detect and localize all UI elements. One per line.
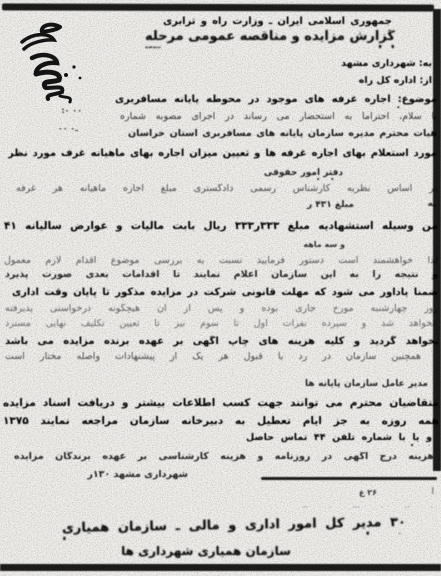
- text-line: و نتیجه را به این سازمان اعلام نمایند تا…: [5, 270, 438, 283]
- text-line: متقاضیان محترم می توانند جهت کسب اطلاعات…: [3, 397, 439, 411]
- text-line: دفتر امور حقوقی سازمان: [243, 168, 343, 180]
- text-line: از: اداره کل راه: [332, 76, 432, 89]
- text-line: جمهوری اسلامی ایران ـ وزارت راه و ترابری: [163, 16, 392, 30]
- text-line: و سه ماهه: [287, 240, 345, 251]
- scanned-letter: جمهوری اسلامی ایران ـ وزارت راه و ترابری…: [0, 0, 441, 576]
- text-line: نخواهد شد و سپرده نفرات اول تا سوم نیز ت…: [5, 319, 435, 332]
- text-line: همچنین سازمان در رد یا قبول هر یک از پیش…: [5, 352, 421, 365]
- text-line: گزارش مزایده و مناقصه عمومی مرحله اول ۴۳: [145, 30, 395, 48]
- text-line: ضمناً یادآور می شود که مهلت قانونی شرکت …: [12, 287, 438, 301]
- text-line: ـ٠ ٠٠: [20, 124, 78, 135]
- text-line: مدیر عامل سازمان پایانه ها: [305, 379, 428, 391]
- text-line: مبلغ ۴۳۱ ر: [282, 200, 354, 212]
- text-line: هیأت محترم مدیره سازمان پایانه های مسافر…: [128, 129, 437, 142]
- text-line: نخواهد گردید و کلیه هزینه های چاپ آگهی ب…: [5, 336, 439, 350]
- text-line: شهرداری مشهد ۱۳۰ر: [8, 470, 188, 483]
- text-line: همه روزه به جز ایام تعطیل به دبیرخانه سا…: [3, 415, 439, 429]
- text-line: بر اساس نظریه کارشناس رسمی دادگستری مبلغ…: [16, 184, 437, 197]
- text-line: ٠٠ ٠:: [30, 106, 82, 117]
- text-line: مورد استعلام بهای اجاره غرفه ها و تعیین …: [8, 148, 437, 162]
- text-line: من وسیله استشهادیه مبلغ ۳۳۳ر۳۳۳ ریال باب…: [4, 220, 438, 234]
- text-line: لذا خواهشمند است دستور فرمایید نسبت به ب…: [4, 256, 438, 269]
- text-line: ۲۶ ع: [341, 488, 377, 499]
- text-line: هزینه درج آگهی در روزنامه و هزینه کارشنا…: [14, 452, 434, 465]
- text-line: · ·· · ··· · ··: [303, 503, 433, 514]
- text-line: سازمان همیاری شهرداری ها: [120, 545, 292, 561]
- text-line: روز چهارشنبه مورخ جاری بوده و پس از آن ه…: [5, 304, 438, 317]
- filled-blank-rule: [261, 477, 437, 480]
- text-line: ا: [420, 487, 434, 499]
- text-line: با سلام، احتراماً به استحضار می رساند در…: [120, 112, 437, 125]
- text-line: به: شهرداری مشهد: [332, 59, 432, 72]
- text-line: ۳۰ مدیر کل امور اداری و مالی ـ سازمان هم…: [62, 516, 406, 540]
- text-line: موضوع: اجاره غرفه های موجود در محوطه پای…: [115, 94, 437, 108]
- text-line: و یا با شماره تلفن ۴۴ تماس حاصل فرمایند: [246, 433, 432, 446]
- text-line: ـه: [410, 199, 436, 211]
- text-layer: جمهوری اسلامی ایران ـ وزارت راه و ترابری…: [0, 0, 441, 576]
